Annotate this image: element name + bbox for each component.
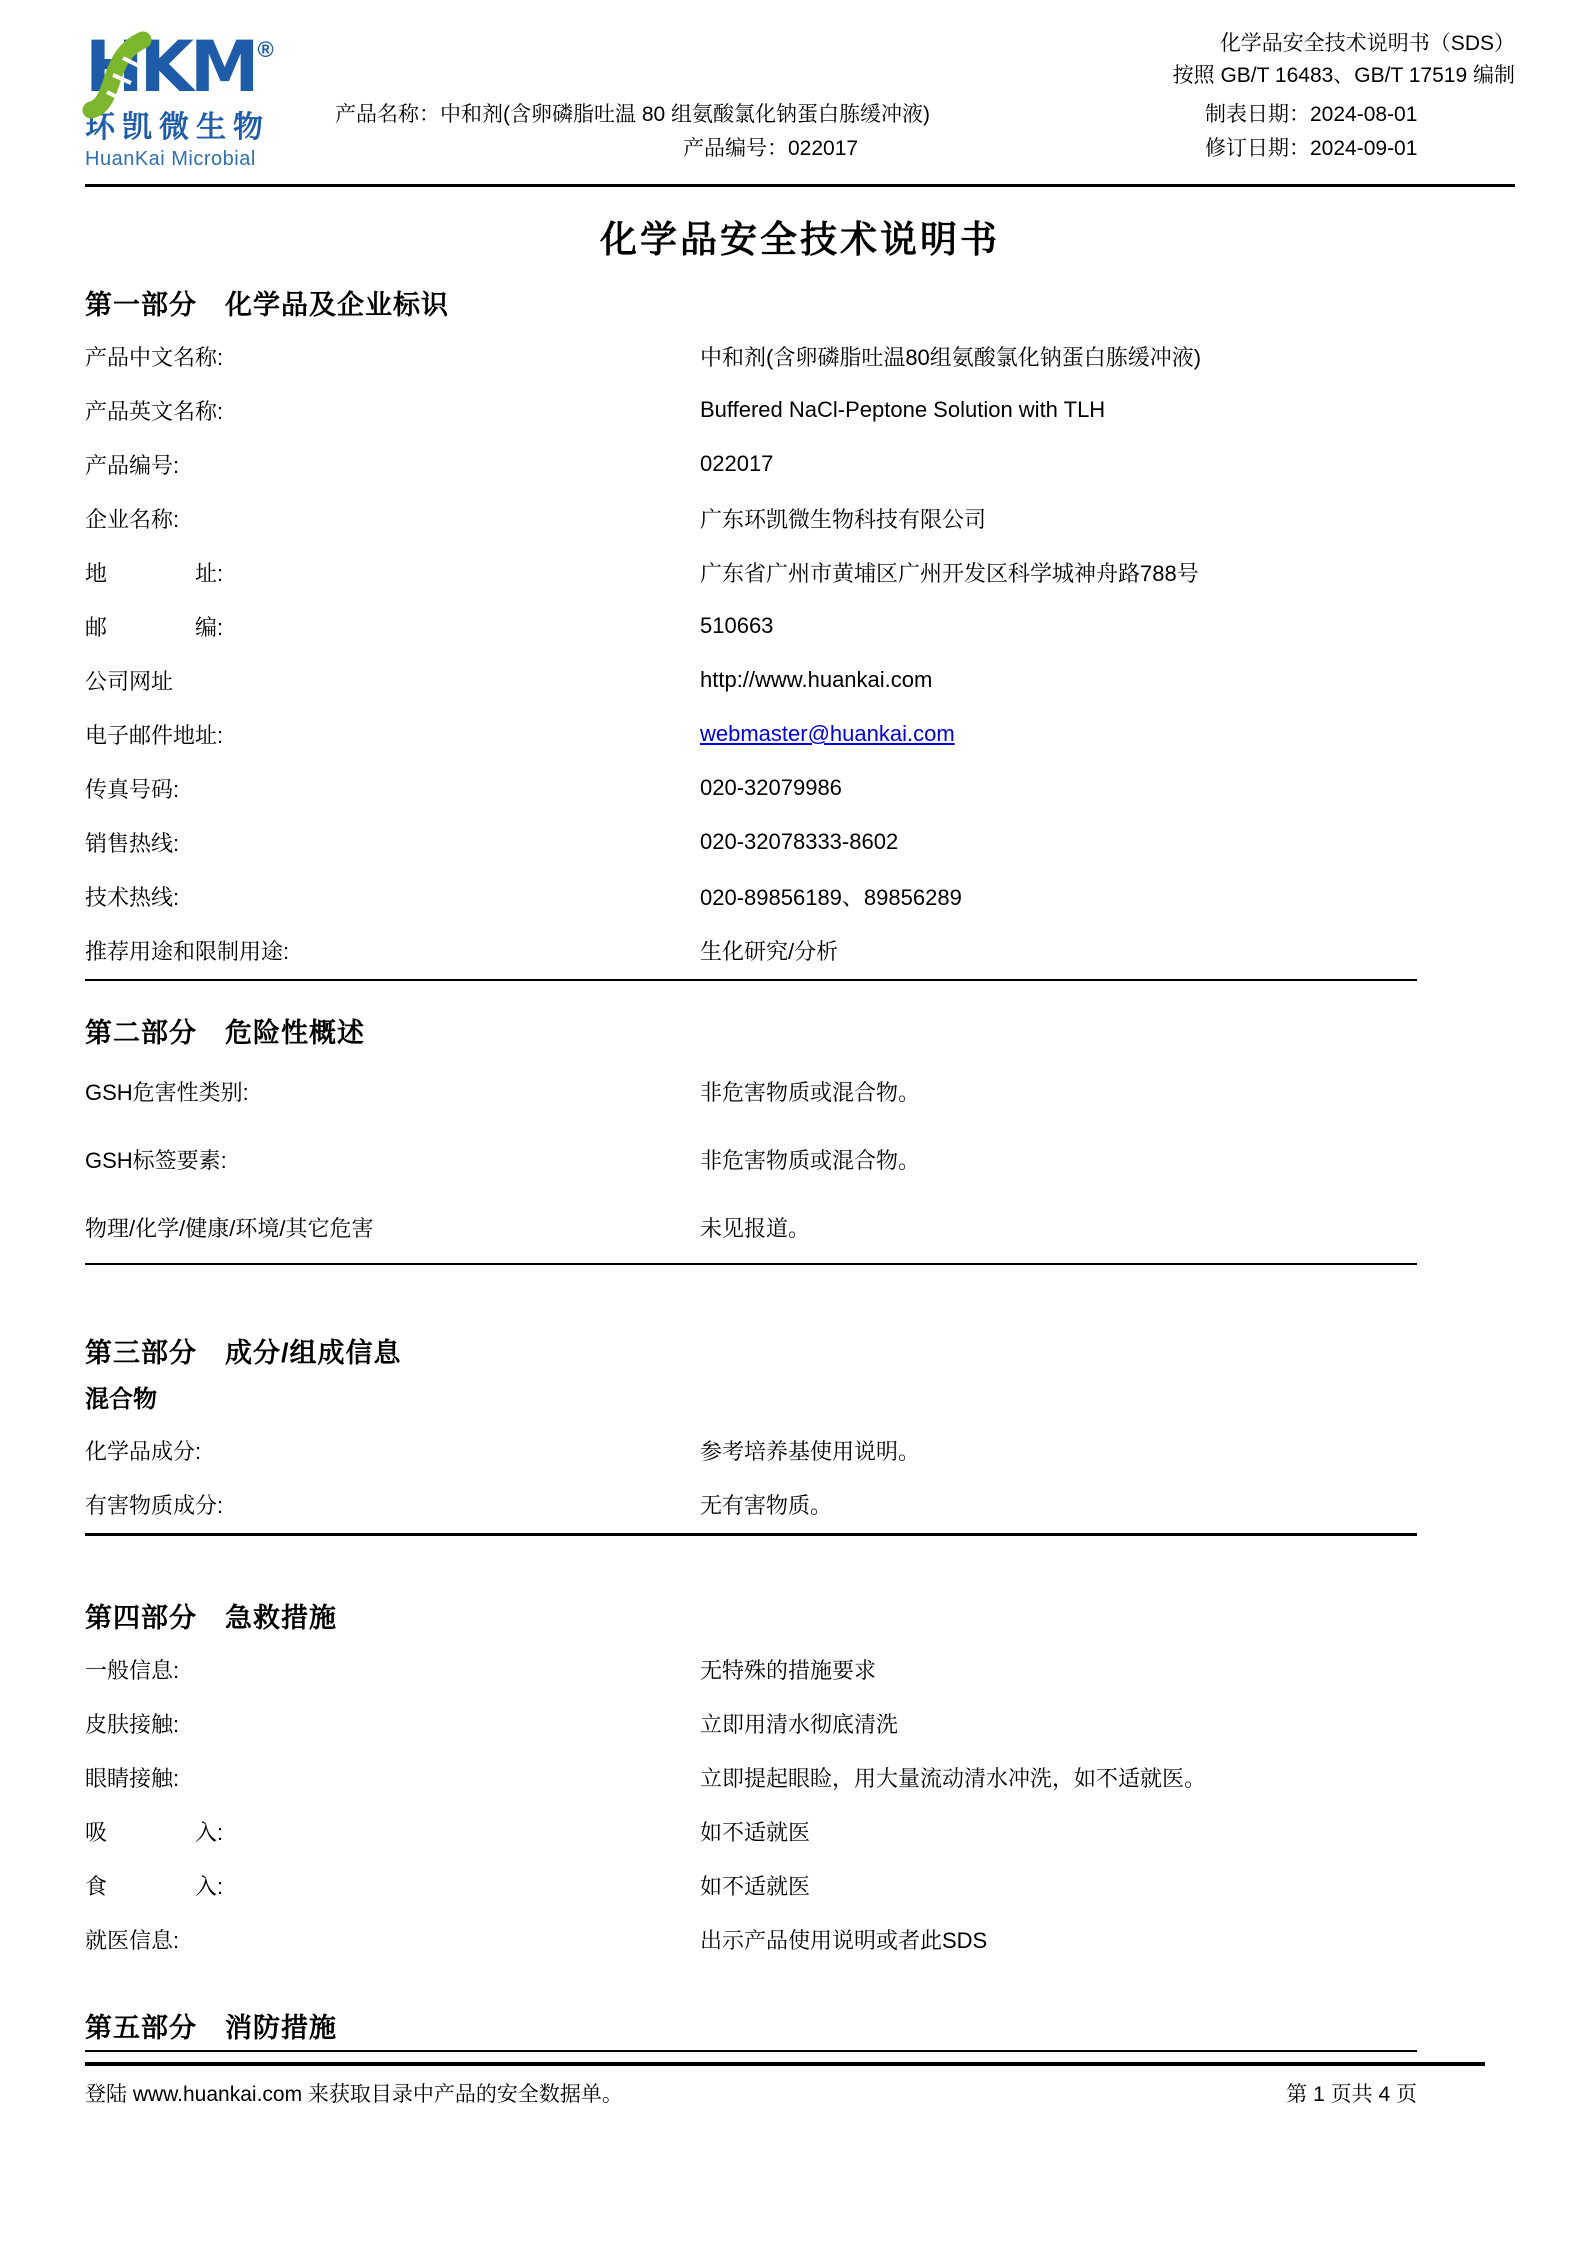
- section-2-hazards: 第二部分 危险性概述 GSH危害性类别:非危害物质或混合物。GSH标签要素:非危…: [85, 1015, 1515, 1265]
- field-label: GSH标签要素:: [85, 1144, 700, 1175]
- section-3-heading: 第三部分 成分/组成信息: [85, 1335, 1515, 1371]
- field-value: 非危害物质或混合物。: [700, 1076, 1515, 1107]
- field-label: 传真号码:: [85, 773, 700, 804]
- section-1-heading: 第一部分 化学品及企业标识: [85, 287, 1515, 323]
- field-value: 立即用清水彻底清洗: [700, 1708, 1515, 1739]
- field-label: 公司网址: [85, 665, 700, 696]
- page-header: HKM® 环凯微生物 HuanKai Microbial 化学品安全技术说明书（…: [85, 28, 1515, 172]
- field-row: 电子邮件地址:webmaster@huankai.com: [85, 707, 1515, 761]
- hkm-logo-mark: HKM®: [85, 28, 335, 108]
- section-2-rows: GSH危害性类别:非危害物质或混合物。GSH标签要素:非危害物质或混合物。物理/…: [85, 1057, 1515, 1261]
- section-divider: [85, 979, 1417, 981]
- page-number: 第 1 页共 4 页: [1286, 2080, 1417, 2110]
- field-value: Buffered NaCl-Peptone Solution with TLH: [700, 397, 1515, 423]
- field-label: 化学品成分:: [85, 1435, 700, 1466]
- logo-english-name: HuanKai Microbial: [85, 146, 335, 172]
- product-name-label: 产品名称：: [335, 103, 440, 126]
- field-label: 产品英文名称:: [85, 395, 700, 426]
- page-footer: 登陆 www.huankai.com 来获取目录中产品的安全数据单。 第 1 页…: [85, 2080, 1515, 2110]
- field-value: 生化研究/分析: [700, 935, 1515, 966]
- header-divider: [85, 184, 1515, 187]
- field-value: 020-32079986: [700, 775, 1515, 801]
- field-value: 如不适就医: [700, 1816, 1515, 1847]
- section-4-heading: 第四部分 急救措施: [85, 1600, 1515, 1636]
- revision-date-value: 2024-09-01: [1310, 137, 1417, 160]
- field-row: 一般信息:无特殊的措施要求: [85, 1642, 1515, 1696]
- field-value: 无特殊的措施要求: [700, 1654, 1515, 1685]
- product-code-value: 022017: [788, 137, 858, 160]
- field-value: 参考培养基使用说明。: [700, 1435, 1515, 1466]
- field-row: 化学品成分:参考培养基使用说明。: [85, 1423, 1515, 1477]
- field-row: 产品中文名称:中和剂(含卵磷脂吐温80组氨酸氯化钠蛋白胨缓冲液): [85, 329, 1515, 383]
- section-4-rows: 一般信息:无特殊的措施要求皮肤接触:立即用清水彻底清洗眼睛接触:立即提起眼睑，用…: [85, 1642, 1515, 1966]
- field-row: 食 入:如不适就医: [85, 1858, 1515, 1912]
- field-label: 一般信息:: [85, 1654, 700, 1685]
- field-value: 立即提起眼睑，用大量流动清水冲洗，如不适就医。: [700, 1762, 1515, 1793]
- document-title: 化学品安全技术说明书: [85, 217, 1515, 263]
- section-5-heading: 第五部分 消防措施: [85, 2010, 1515, 2046]
- field-value: 中和剂(含卵磷脂吐温80组氨酸氯化钠蛋白胨缓冲液): [700, 341, 1515, 372]
- field-label: 地 址:: [85, 557, 700, 588]
- header-info-block: 化学品安全技术说明书（SDS） 按照 GB/T 16483、GB/T 17519…: [335, 28, 1515, 172]
- field-label: 产品中文名称:: [85, 341, 700, 372]
- field-value: 广东环凯微生物科技有限公司: [700, 503, 1515, 534]
- field-row: 传真号码:020-32079986: [85, 761, 1515, 815]
- field-label: 销售热线:: [85, 827, 700, 858]
- mixture-subheading: 混合物: [85, 1383, 1515, 1417]
- field-label: 就医信息:: [85, 1924, 700, 1955]
- field-value: 出示产品使用说明或者此SDS: [700, 1924, 1515, 1955]
- email-link[interactable]: webmaster@huankai.com: [700, 721, 1515, 747]
- field-label: 有害物质成分:: [85, 1489, 700, 1520]
- section-1-identification: 第一部分 化学品及企业标识 产品中文名称:中和剂(含卵磷脂吐温80组氨酸氯化钠蛋…: [85, 287, 1515, 981]
- field-row: 技术热线:020-89856189、89856289: [85, 869, 1515, 923]
- section-2-heading: 第二部分 危险性概述: [85, 1015, 1515, 1051]
- section-3-composition: 第三部分 成分/组成信息 混合物 化学品成分:参考培养基使用说明。有害物质成分:…: [85, 1335, 1515, 1536]
- doc-type-line: 化学品安全技术说明书（SDS）: [335, 28, 1515, 60]
- field-label: 电子邮件地址:: [85, 719, 700, 750]
- field-row: 物理/化学/健康/环境/其它危害未见报道。: [85, 1193, 1515, 1261]
- field-row: 有害物质成分:无有害物质。: [85, 1477, 1515, 1531]
- field-label: 物理/化学/健康/环境/其它危害: [85, 1212, 700, 1243]
- section-4-first-aid: 第四部分 急救措施 一般信息:无特殊的措施要求皮肤接触:立即用清水彻底清洗眼睛接…: [85, 1600, 1515, 1966]
- field-value: 022017: [700, 451, 1515, 477]
- field-value: 未见报道。: [700, 1212, 1515, 1243]
- made-date-value: 2024-08-01: [1310, 103, 1417, 126]
- product-name-value: 中和剂(含卵磷脂吐温 80 组氨酸氯化钠蛋白胨缓冲液): [440, 103, 930, 126]
- product-code-label: 产品编号：: [683, 137, 788, 160]
- field-row: 皮肤接触:立即用清水彻底清洗: [85, 1696, 1515, 1750]
- field-label: 技术热线:: [85, 881, 700, 912]
- standard-line: 按照 GB/T 16483、GB/T 17519 编制: [335, 60, 1515, 92]
- field-label: 邮 编:: [85, 611, 700, 642]
- section-3-rows: 化学品成分:参考培养基使用说明。有害物质成分:无有害物质。: [85, 1423, 1515, 1531]
- field-row: 就医信息:出示产品使用说明或者此SDS: [85, 1912, 1515, 1966]
- section-1-rows: 产品中文名称:中和剂(含卵磷脂吐温80组氨酸氯化钠蛋白胨缓冲液)产品英文名称:B…: [85, 329, 1515, 977]
- field-label: 推荐用途和限制用途:: [85, 935, 700, 966]
- field-value: 无有害物质。: [700, 1489, 1515, 1520]
- footer-note: 登陆 www.huankai.com 来获取目录中产品的安全数据单。: [85, 2080, 623, 2110]
- field-label: 企业名称:: [85, 503, 700, 534]
- field-row: 吸 入:如不适就医: [85, 1804, 1515, 1858]
- section-divider: [85, 1533, 1417, 1536]
- made-date-label: 制表日期：: [1205, 103, 1310, 126]
- field-row: GSH标签要素:非危害物质或混合物。: [85, 1125, 1515, 1193]
- field-row: 公司网址http://www.huankai.com: [85, 653, 1515, 707]
- field-row: 产品编号:022017: [85, 437, 1515, 491]
- revision-date-label: 修订日期：: [1205, 137, 1310, 160]
- field-row: 地 址:广东省广州市黄埔区广州开发区科学城神舟路788号: [85, 545, 1515, 599]
- field-row: 销售热线:020-32078333-8602: [85, 815, 1515, 869]
- field-value: 如不适就医: [700, 1870, 1515, 1901]
- field-label: 产品编号:: [85, 449, 700, 480]
- field-value: 非危害物质或混合物。: [700, 1144, 1515, 1175]
- section-divider: [85, 2050, 1417, 2052]
- field-label: 皮肤接触:: [85, 1708, 700, 1739]
- field-label: GSH危害性类别:: [85, 1076, 700, 1107]
- field-value: 广东省广州市黄埔区广州开发区科学城神舟路788号: [700, 557, 1515, 588]
- logo-chinese-name: 环凯微生物: [85, 110, 335, 146]
- company-logo: HKM® 环凯微生物 HuanKai Microbial: [85, 28, 335, 172]
- field-value: 020-89856189、89856289: [700, 881, 1515, 912]
- field-label: 眼睛接触:: [85, 1762, 700, 1793]
- header-product-table: 产品名称：中和剂(含卵磷脂吐温 80 组氨酸氯化钠蛋白胨缓冲液) 制表日期：20…: [335, 98, 1515, 166]
- field-value: http://www.huankai.com: [700, 667, 1515, 693]
- header-row-product-name: 产品名称：中和剂(含卵磷脂吐温 80 组氨酸氯化钠蛋白胨缓冲液) 制表日期：20…: [335, 98, 1515, 132]
- field-row: 眼睛接触:立即提起眼睑，用大量流动清水冲洗，如不适就医。: [85, 1750, 1515, 1804]
- field-row: 企业名称:广东环凯微生物科技有限公司: [85, 491, 1515, 545]
- field-value: 020-32078333-8602: [700, 829, 1515, 855]
- section-5-fire-fighting: 第五部分 消防措施: [85, 2010, 1515, 2052]
- field-row: 邮 编:510663: [85, 599, 1515, 653]
- logo-text: HKM: [85, 26, 256, 108]
- field-label: 吸 入:: [85, 1816, 700, 1847]
- footer-divider: [85, 2062, 1485, 2066]
- field-label: 食 入:: [85, 1870, 700, 1901]
- section-divider: [85, 1263, 1417, 1265]
- registered-trademark-icon: ®: [258, 37, 274, 62]
- field-value: 510663: [700, 613, 1515, 639]
- field-row: 推荐用途和限制用途:生化研究/分析: [85, 923, 1515, 977]
- sds-document-page: HKM® 环凯微生物 HuanKai Microbial 化学品安全技术说明书（…: [0, 0, 1587, 2245]
- field-row: 产品英文名称:Buffered NaCl-Peptone Solution wi…: [85, 383, 1515, 437]
- field-row: GSH危害性类别:非危害物质或混合物。: [85, 1057, 1515, 1125]
- header-row-product-code: 产品编号：022017 修订日期：2024-09-01: [335, 132, 1515, 166]
